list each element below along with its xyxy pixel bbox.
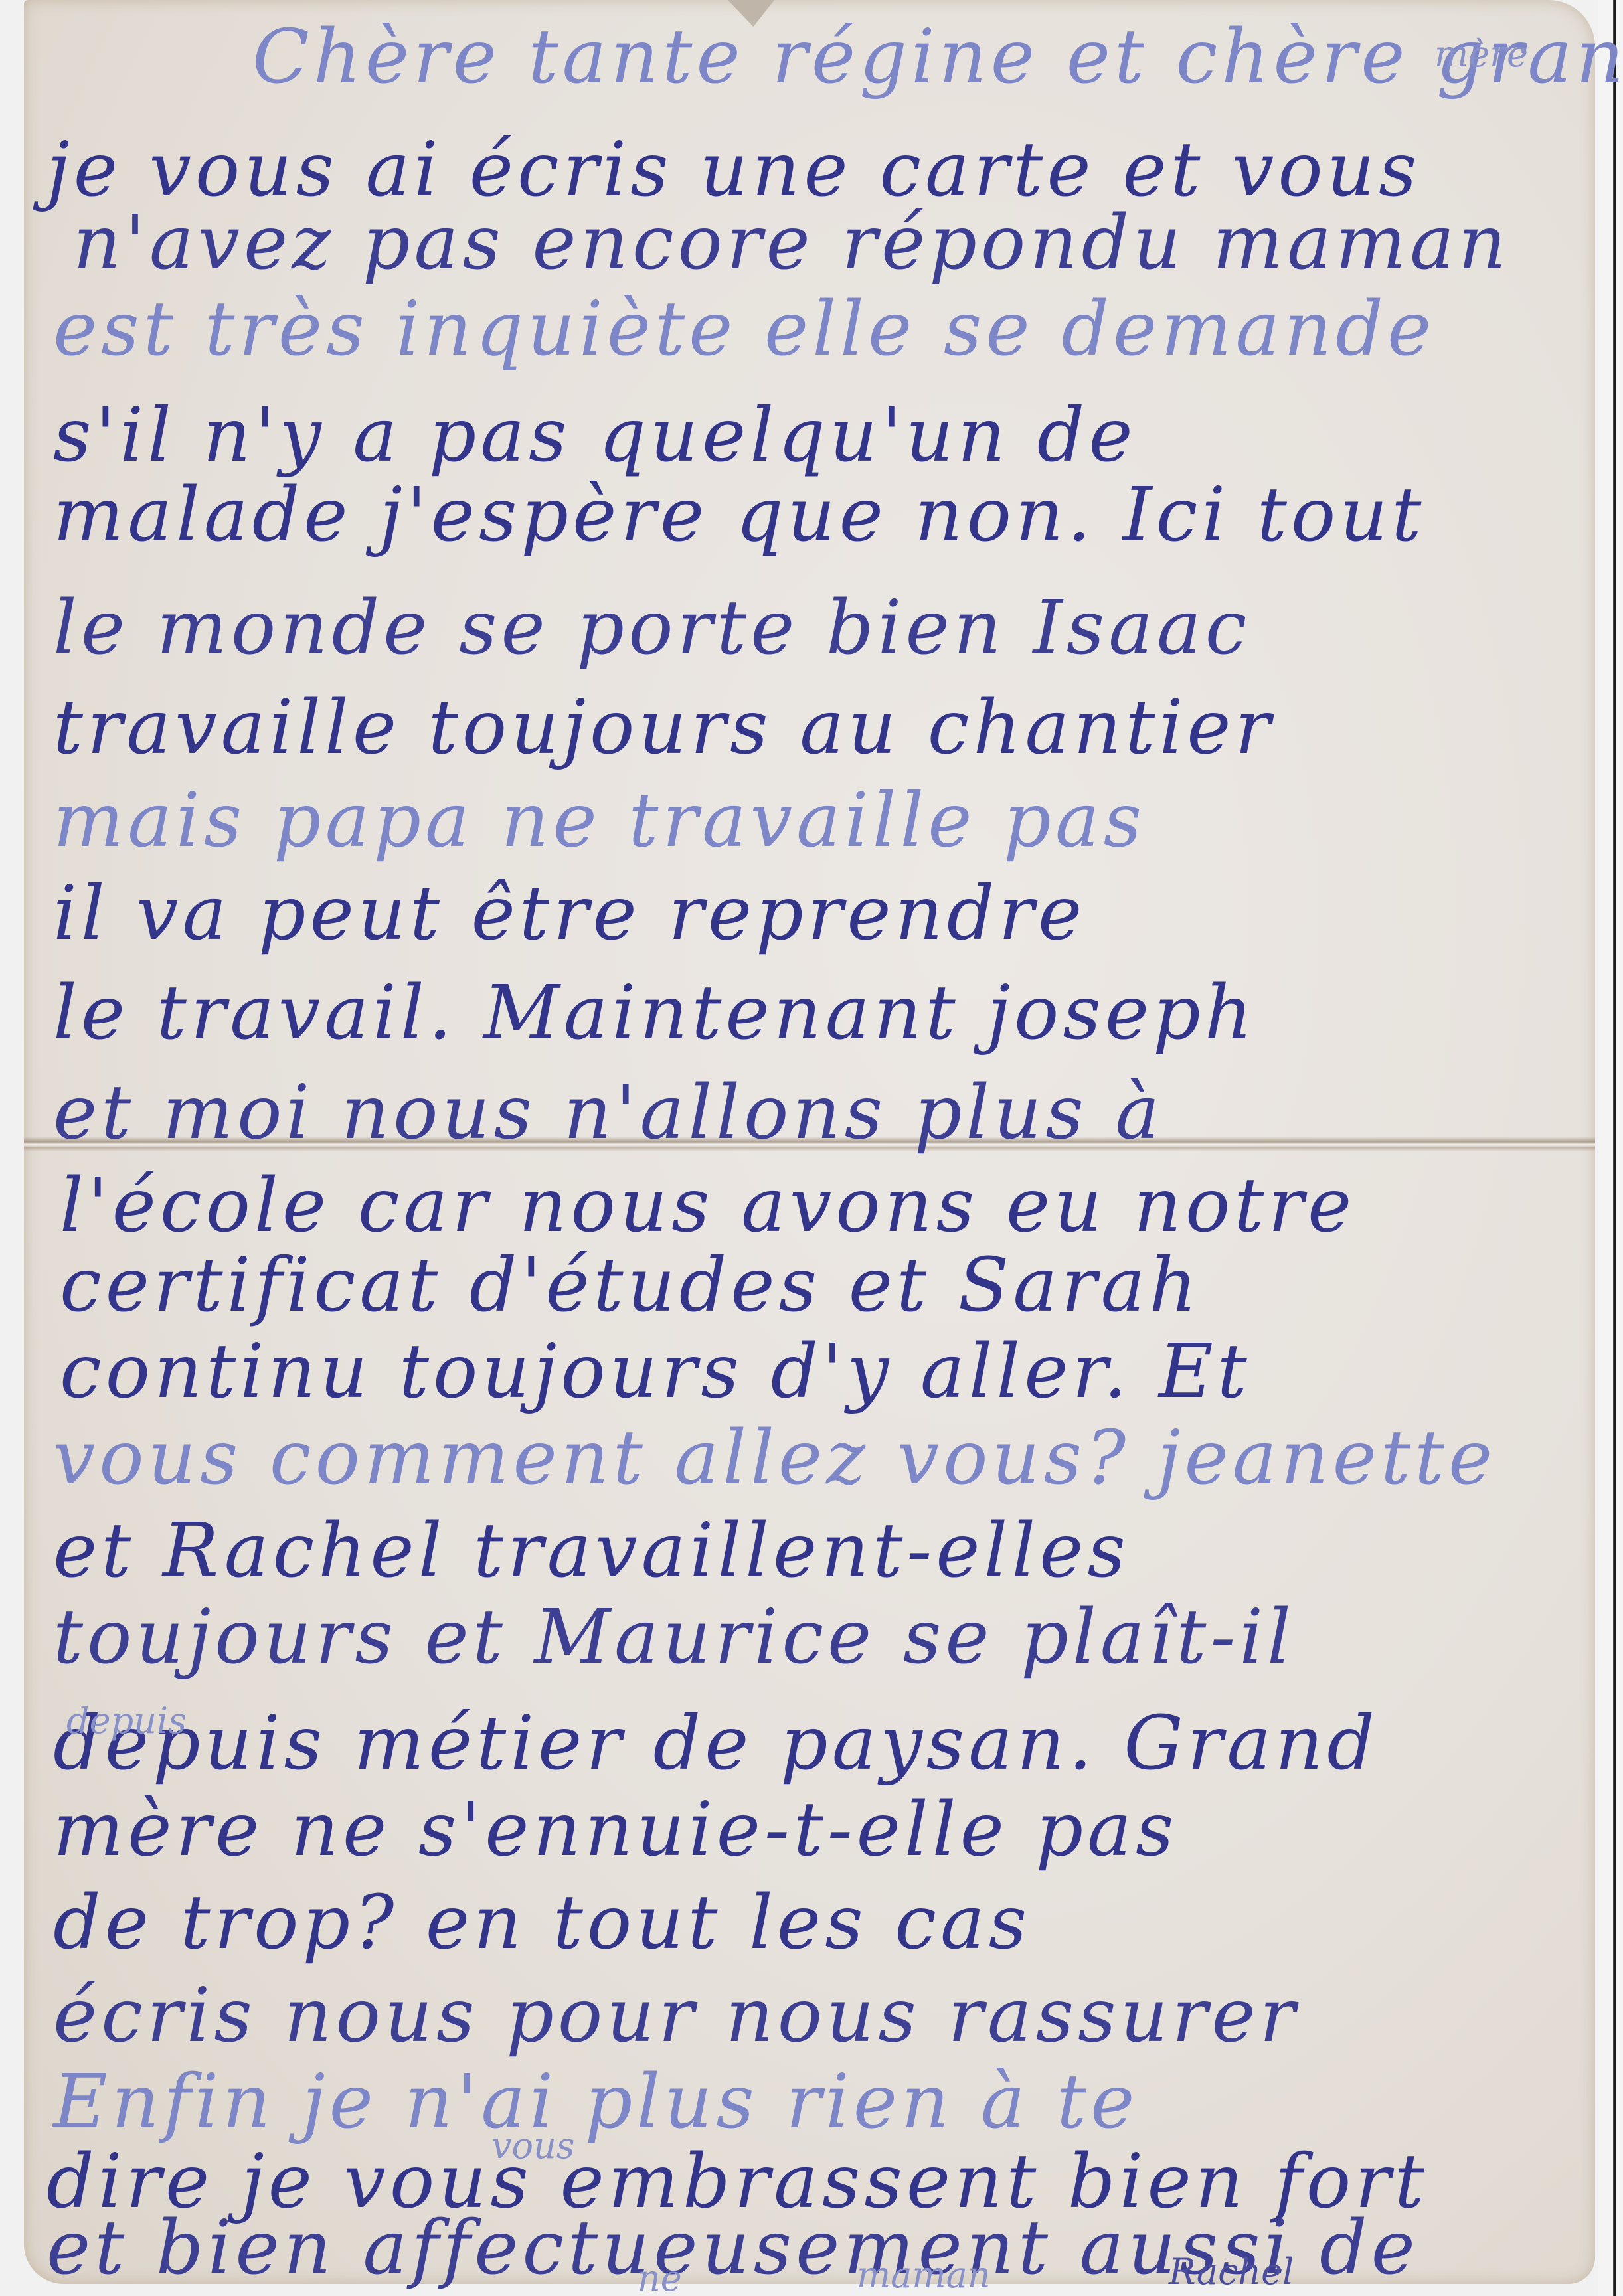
letter-line-5: malade j'espère que non. Ici tout: [53, 478, 1425, 552]
letter-line-18: depuis métier de paysan. Grand: [53, 1706, 1379, 1781]
letter-line-1: je vous ai écris une carte et vous: [46, 133, 1420, 207]
letter-line-17: toujours et Maurice se plaît-il: [53, 1600, 1295, 1675]
letter-line-13: certificat d'études et Sarah: [60, 1248, 1201, 1323]
letter-line-3: est très inquiète elle se demande: [53, 292, 1435, 367]
letter-line-12: l'école car nous avons eu notre: [60, 1169, 1355, 1243]
letter-line-8: mais papa ne travaille pas: [53, 783, 1146, 858]
letter-line-22: Enfin je n'ai plus rien à te: [53, 2065, 1138, 2139]
insertion-vous: vous: [491, 2125, 575, 2167]
letter-line-7: travaille toujours au chantier: [53, 691, 1274, 765]
letter-line-6: le monde se porte bien Isaac: [53, 591, 1250, 665]
letter-line-14: continu toujours d'y aller. Et: [60, 1335, 1251, 1409]
letter-line-21: écris nous pour nous rassurer: [53, 1979, 1299, 2053]
letter-line-20: de trop? en tout les cas: [53, 1886, 1031, 1960]
letter-line-10: le travail. Maintenant joseph: [53, 976, 1256, 1050]
salutation: Chère tante régine et chère grand-: [252, 20, 1623, 94]
handwritten-letter: Chère tante régine et chère grand- mère …: [40, 0, 1594, 2284]
scan-border: [1598, 0, 1623, 2296]
letter-line-2: n'avez pas encore répondu maman: [73, 206, 1510, 280]
letter-line-15: vous comment allez vous? jeanette: [53, 1421, 1496, 1495]
salutation-superscript: mère: [1434, 33, 1528, 75]
letter-line-16: et Rachel travaillent-elles: [53, 1514, 1130, 1588]
signature-rachel: Rachel: [1169, 2251, 1294, 2293]
letter-line-9: il va peut être reprendre: [53, 876, 1086, 951]
letter-line-4: s'il n'y a pas quelqu'un de: [53, 398, 1137, 473]
letter-line-11: et moi nous n'allons plus à: [53, 1076, 1163, 1150]
signature-ne: ne: [638, 2257, 682, 2296]
insertion-depuis: depuis: [66, 1700, 187, 1742]
signature-maman: maman: [857, 2254, 991, 2296]
letter-line-19: mère ne s'ennuie-t-elle pas: [53, 1793, 1177, 1867]
